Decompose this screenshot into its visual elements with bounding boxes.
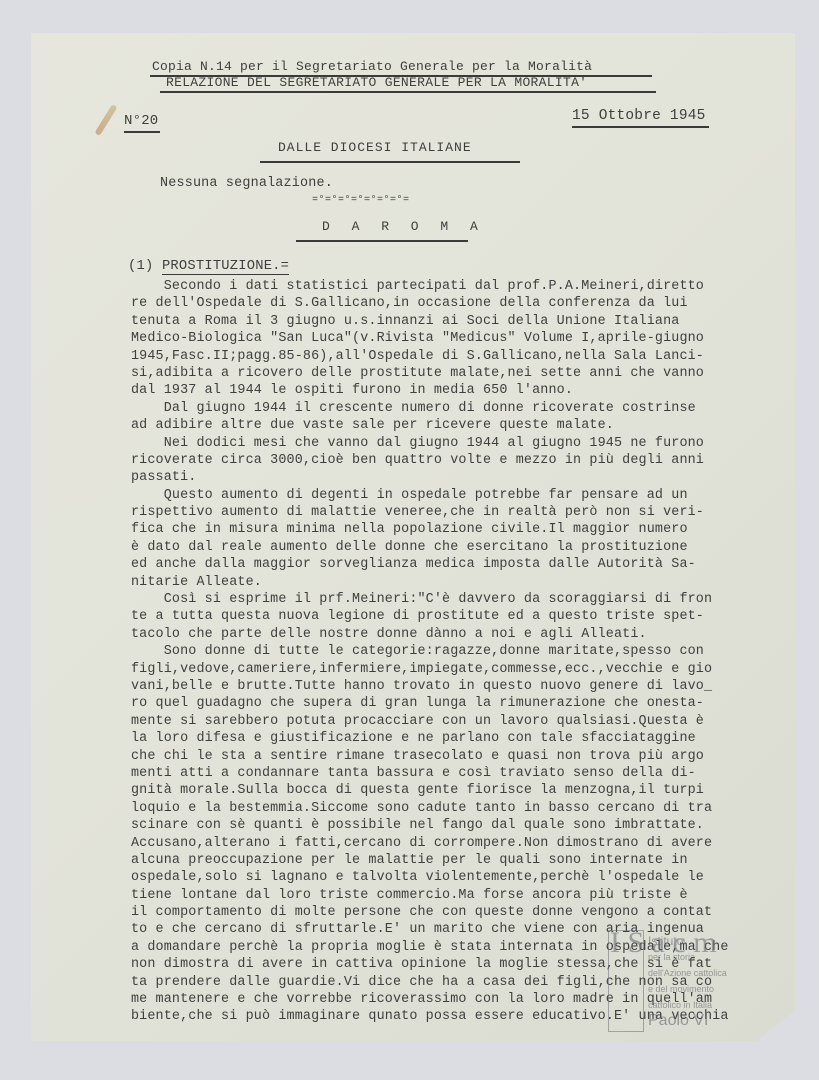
section-title-roma-underline xyxy=(296,240,468,242)
text-line: ospedale,solo si lagnano e talvolta viol… xyxy=(131,870,791,887)
text-line: Così si esprime il prf.Meineri:"C'è davv… xyxy=(131,592,791,609)
paper-stain xyxy=(94,104,117,136)
report-date: 15 Ottobre 1945 xyxy=(572,108,706,124)
subsection-heading: (1) PROSTITUZIONE.= xyxy=(128,259,289,274)
text-line: passati. xyxy=(131,470,791,487)
report-date-underline xyxy=(572,126,709,128)
text-line: figli,vedove,cameriere,infermiere,impieg… xyxy=(131,662,791,679)
section-separator: =°=°=°=°=°=°=°= xyxy=(312,195,410,206)
text-line: scinare con sè quanti è possibile nel fa… xyxy=(131,818,791,835)
text-line: gnità morale.Sulla bocca di questa gente… xyxy=(131,783,791,800)
subsection-title: PROSTITUZIONE.= xyxy=(162,259,289,275)
section-title-da-roma: D A R O M A xyxy=(322,219,485,234)
watermark-line: cattolico in Italia xyxy=(648,1000,712,1010)
text-line: nitarie Alleate. xyxy=(131,575,791,592)
text-line: tiene lontane dal loro triste commercio.… xyxy=(131,888,791,905)
section-title-dalle-diocesi: DALLE DIOCESI ITALIANE xyxy=(278,140,472,155)
text-line: ro quel guadagno che supera di gran lung… xyxy=(131,696,791,713)
body-text: Secondo i dati statistici partecipati da… xyxy=(131,279,791,1027)
text-line: 1945,Fasc.II;pagg.85-86),all'Ospedale di… xyxy=(131,349,791,366)
text-line: loquio e la bestemmia.Siccome sono cadut… xyxy=(131,801,791,818)
text-line: rispettivo aumento di malattie veneree,c… xyxy=(131,505,791,522)
section-title-dalle-underline xyxy=(260,161,520,163)
text-line: menti atti a condannare tanta bassura e … xyxy=(131,766,791,783)
text-line: Accusano,alterano i fatti,cercano di cor… xyxy=(131,836,791,853)
text-line: vani,belle e brutte.Tutte hanno trovato … xyxy=(131,679,791,696)
text-line: mente si sarebbero potuta procacciare co… xyxy=(131,714,791,731)
report-title: RELAZIONE DEL SEGRETARIATO GENERALE PER … xyxy=(166,75,587,90)
copy-line: Copia N.14 per il Segretariato Generale … xyxy=(152,59,592,74)
text-line: Nei dodici mesi che vanno dal giugno 194… xyxy=(131,436,791,453)
text-line: Secondo i dati statistici partecipati da… xyxy=(131,279,791,296)
text-line: dal 1937 al 1944 le ospiti furono in med… xyxy=(131,383,791,400)
text-line: tacolo che parte delle nostre donne dànn… xyxy=(131,627,791,644)
text-line: che chi le sta a sentire rimane trasecol… xyxy=(131,749,791,766)
text-line: il comportamento di molte persone che co… xyxy=(131,905,791,922)
report-number-underline xyxy=(124,131,160,133)
watermark-line: dell'Azione cattolica xyxy=(648,968,727,978)
watermark-line: Paolo VI xyxy=(648,1012,708,1030)
text-line: Dal giugno 1944 il crescente numero di d… xyxy=(131,401,791,418)
watermark-line: e del movimento xyxy=(648,984,714,994)
section-dalle-text: Nessuna segnalazione. xyxy=(160,176,333,191)
text-line: Medico-Biologica "San Luca"(v.Rivista "M… xyxy=(131,331,791,348)
text-line: tenuta a Roma il 3 giugno u.s.innanzi ai… xyxy=(131,314,791,331)
text-line: alcuna preoccupazione per le malattie pe… xyxy=(131,853,791,870)
text-line: Sono donne di tutte le categorie:ragazze… xyxy=(131,644,791,661)
report-title-underline xyxy=(160,91,656,93)
archive-watermark: I S a c m Istituto per la storia dell'Az… xyxy=(608,930,748,1030)
watermark-line: per la storia xyxy=(648,952,695,962)
text-line: ad adibire altre due vaste sale per rice… xyxy=(131,418,791,435)
watermark-line: Istituto xyxy=(648,934,683,948)
text-line: fica che in misura minima nella popolazi… xyxy=(131,522,791,539)
text-line: ricoverate circa 3000,cioè ben quattro v… xyxy=(131,453,791,470)
subsection-number: (1) xyxy=(128,259,153,274)
text-line: la loro difesa e giustificazione e ne pa… xyxy=(131,731,791,748)
text-line: re dell'Ospedale di S.Gallicano,in occas… xyxy=(131,296,791,313)
text-line: Questo aumento di degenti in ospedale po… xyxy=(131,488,791,505)
text-line: te a tutta questa nuova legione di prost… xyxy=(131,609,791,626)
text-line: si,adibita a ricovero delle prostitute m… xyxy=(131,366,791,383)
text-line: ed anche dalla maggior sorveglianza medi… xyxy=(131,557,791,574)
report-number: N°20 xyxy=(124,113,158,129)
text-line: è dato dal reale aumento delle donne che… xyxy=(131,540,791,557)
